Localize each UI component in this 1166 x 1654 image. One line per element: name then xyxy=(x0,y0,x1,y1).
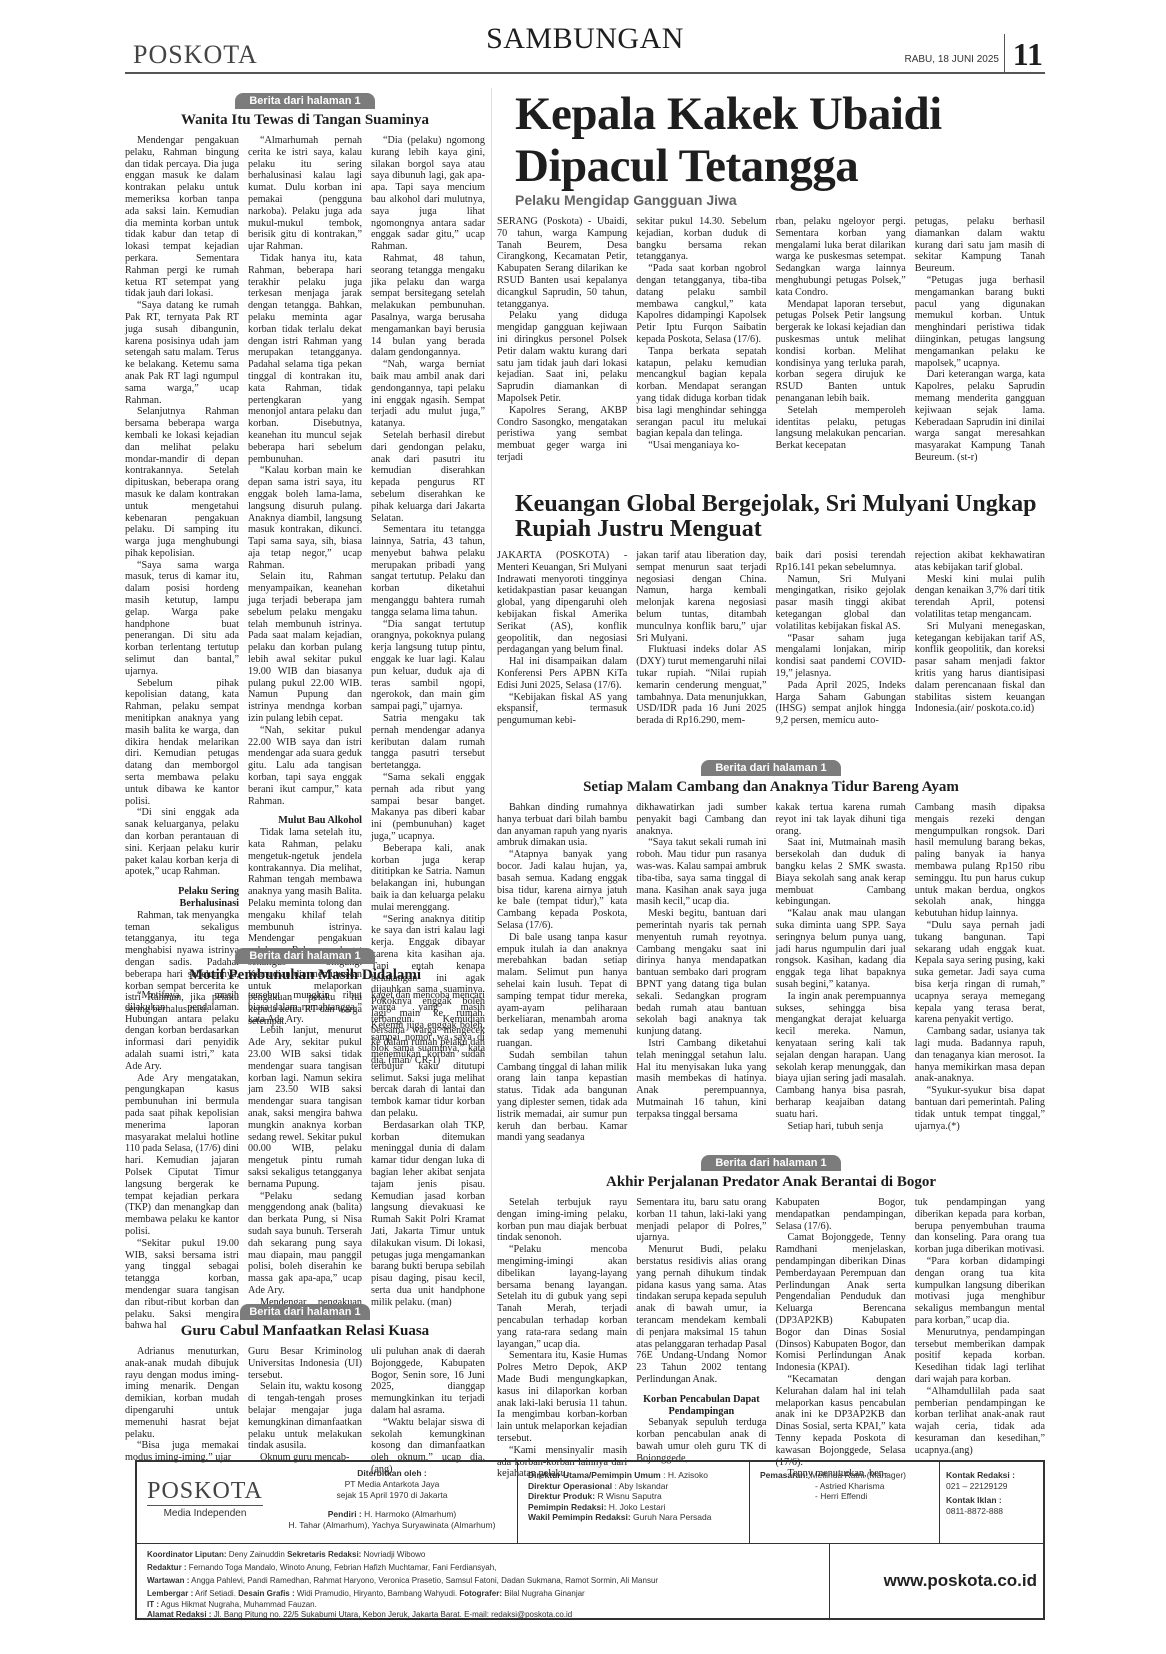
footer-logo: POSKOTA Media Independen xyxy=(147,1478,263,1519)
article-column: “Almarhumah pernah cerita ke istri saya,… xyxy=(248,135,362,1067)
article-column: petugas, pelaku berhasil diamankan dalam… xyxy=(915,216,1045,464)
article-column: “Dia (pelaku) ngomong kurang lebih kaya … xyxy=(371,135,485,1067)
article-keuangan-global: Keuangan Global Bergejolak, Sri Mulyani … xyxy=(497,492,1045,727)
article-column: SERANG (Poskota) - Ubaidi, 70 tahun, war… xyxy=(497,216,627,464)
directors-list: Direktur Utama/Pemimpin Umum : H. Azisok… xyxy=(517,1462,749,1544)
article-headline: Wanita Itu Tewas di Tangan Suaminya xyxy=(125,112,485,129)
article-motif: Berita dari halaman 1 Motif Pembunuhan M… xyxy=(125,948,485,1332)
article-headline: Guru Cabul Manfaatkan Relasi Kuasa xyxy=(125,1323,485,1340)
lead-deck: Pelaku Mengidap Gangguan Jiwa xyxy=(515,192,1045,208)
article-column: kaget dan mencoba mencari warga yang mas… xyxy=(371,990,485,1332)
kicker-badge: Berita dari halaman 1 xyxy=(235,948,375,964)
editorial-phone: 021 – 22129129 xyxy=(946,1481,1037,1492)
ads-phone: 0811-8872-888 xyxy=(946,1506,1037,1517)
article-column: dikhawatirkan jadi sumber penyakit bagi … xyxy=(636,802,766,1144)
newspaper-page: POSKOTA SAMBUNGAN RABU, 18 JUNI 2025 11 … xyxy=(125,0,1045,1654)
article-column: Kabupaten Bogor, mendapatkan pendampinga… xyxy=(776,1197,906,1480)
tagline: Media Independen xyxy=(147,1508,263,1519)
article-column: Sementara itu, baru satu orang korban 11… xyxy=(636,1197,766,1480)
article-headline: Setiap Malam Cambang dan Anaknya Tidur B… xyxy=(497,779,1045,796)
article-column: tuk pendampingan yang diberikan kepada p… xyxy=(915,1197,1045,1480)
article-cambang: Berita dari halaman 1 Setiap Malam Camba… xyxy=(497,760,1045,1144)
article-column: Cambang masih dipaksa mengais rezeki den… xyxy=(915,802,1045,1144)
subheading: Pelaku Sering Berhalusinasi xyxy=(125,886,239,910)
publisher-info: Diterbitkan oleh : PT Media Antarkota Ja… xyxy=(267,1468,517,1531)
contact-info: Kontak Redaksi : 021 – 22129129 Kontak I… xyxy=(939,1462,1043,1544)
subheading: Mulut Bau Alkohol xyxy=(248,815,362,827)
article-column: Adrianus menuturkan, anak-anak mudah dib… xyxy=(125,1346,239,1476)
article-column: kakak tertua karena rumah reyot ini tak … xyxy=(776,802,906,1144)
article-headline: Motif Pembunuhan Masih Didalami xyxy=(125,967,485,984)
article-headline: Akhir Perjalanan Predator Anak Berantai … xyxy=(497,1174,1045,1191)
article-column: Guru Besar Kriminolog Universitas Indone… xyxy=(248,1346,362,1476)
article-column: rban, pelaku ngeloyor pergi. Sementara k… xyxy=(776,216,906,464)
page-number: 11 xyxy=(1004,34,1043,74)
kicker-badge: Berita dari halaman 1 xyxy=(701,1155,841,1171)
kicker-badge: Berita dari halaman 1 xyxy=(235,93,375,109)
lead-headline: Kepala Kakek Ubaidi Dipacul Tetangga xyxy=(515,88,1045,192)
article-column: Bahkan dinding rumahnya hanya terbuat da… xyxy=(497,802,627,1144)
article-kepala-kakek: Kepala Kakek Ubaidi Dipacul Tetangga Pel… xyxy=(497,88,1045,464)
article-headline: Keuangan Global Bergejolak, Sri Mulyani … xyxy=(515,492,1045,542)
column-divider xyxy=(491,88,492,1428)
article-column: sekitar pukul 14.30. Sebelum kejadian, k… xyxy=(636,216,766,464)
section-title: SAMBUNGAN xyxy=(125,22,1045,56)
subheading: Korban Pencabulan Dapat Pendampingan xyxy=(636,1394,766,1418)
kicker-badge: Berita dari halaman 1 xyxy=(701,760,841,776)
website-link[interactable]: www.poskota.co.id xyxy=(829,1544,1043,1618)
imprint-box: POSKOTA Media Independen Diterbitkan ole… xyxy=(135,1460,1045,1620)
article-column: uli puluhan anak di daerah Bojonggede, K… xyxy=(371,1346,485,1476)
article-column: rejection akibat kekhawatiran atas kebij… xyxy=(915,550,1045,727)
masthead: POSKOTA SAMBUNGAN RABU, 18 JUNI 2025 11 xyxy=(125,20,1045,74)
article-wanita: Berita dari halaman 1 Wanita Itu Tewas d… xyxy=(125,93,485,1067)
article-column: jakan tarif atau liberation day, sempat … xyxy=(636,550,766,727)
article-guru-cabul: Berita dari halaman 1 Guru Cabul Manfaat… xyxy=(125,1304,485,1476)
article-predator: Berita dari halaman 1 Akhir Perjalanan P… xyxy=(497,1155,1045,1480)
issue-date: RABU, 18 JUNI 2025 xyxy=(905,54,1000,65)
article-column: Mendengar pengakuan pelaku, Rahman bingu… xyxy=(125,135,239,1067)
article-column: “Motifnya masih dilakukan pendalaman. Hu… xyxy=(125,990,239,1332)
article-column: tersebut mungkin ribut biasa dalam rumah… xyxy=(248,990,362,1332)
article-column: Setelah terbujuk rayu dengan iming-iming… xyxy=(497,1197,627,1480)
kicker-badge: Berita dari halaman 1 xyxy=(240,1304,370,1320)
marketing-info: Pemasaran: Meilinda Ratni (Manager) - As… xyxy=(749,1462,939,1544)
article-column: baik dari posisi terendah Rp16.141 pekan… xyxy=(776,550,906,727)
article-column: JAKARTA (POSKOTA) - Menteri Keuangan, Sr… xyxy=(497,550,627,727)
